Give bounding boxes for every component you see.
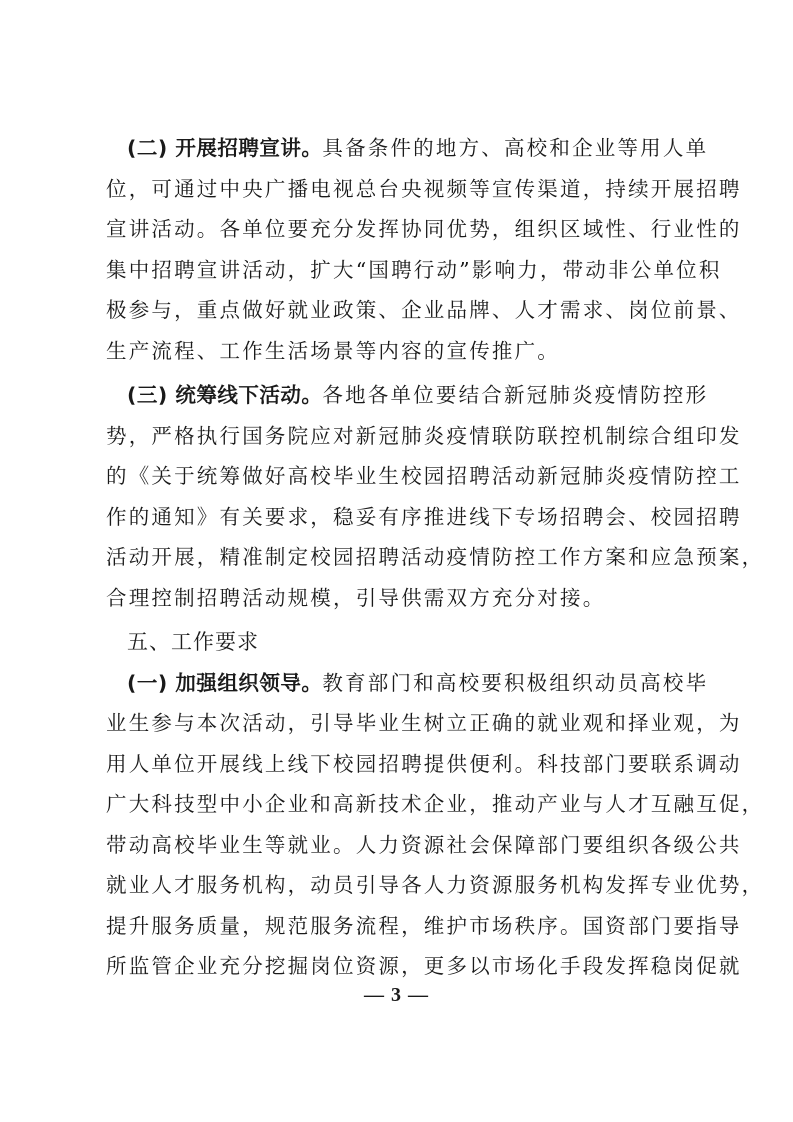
paragraph-offline-activities: (三) 统筹线下活动。各地各单位要结合新冠肺炎疫情防控形 势，严格执行国务院应对…	[106, 375, 691, 618]
text-line: 作的通知》有关要求，稳妥有序推进线下专场招聘会、校园招聘	[106, 497, 691, 538]
text-line: 活动开展，精准制定校园招聘活动疫情防控工作方案和应急预案，	[106, 537, 691, 578]
text-line: 势，严格执行国务院应对新冠肺炎疫情联防联控机制综合组印发	[106, 416, 691, 457]
section-heading: 五、工作要求	[106, 622, 691, 663]
text-line: 就业人才服务机构，动员引导各人力资源服务机构发挥专业优势，	[106, 865, 691, 906]
text-line: (一) 加强组织领导。教育部门和高校要积极组织动员高校毕	[106, 663, 691, 704]
text-line: 业生参与本次活动，引导毕业生树立正确的就业观和择业观，为	[106, 703, 691, 744]
text-line: 合理控制招聘活动规模，引导供需双方充分对接。	[106, 578, 691, 619]
text-line: 位，可通过中央广播电视总台央视频等宣传渠道，持续开展招聘	[106, 169, 691, 210]
text-line: (二) 开展招聘宣讲。具备条件的地方、高校和企业等用人单	[106, 128, 691, 169]
paragraph-lead: (三) 统筹线下活动。	[127, 383, 322, 407]
page-number: — 3 —	[0, 984, 793, 1007]
text-line: (三) 统筹线下活动。各地各单位要结合新冠肺炎疫情防控形	[106, 375, 691, 416]
document-page: (二) 开展招聘宣讲。具备条件的地方、高校和企业等用人单 位，可通过中央广播电视…	[106, 128, 691, 987]
paragraph-lead: (二) 开展招聘宣讲。	[127, 136, 322, 160]
text-line: 极参与，重点做好就业政策、企业品牌、人才需求、岗位前景、	[106, 290, 691, 331]
text-line: 生产流程、工作生活场景等内容的宣传推广。	[106, 331, 691, 372]
text-line: 集中招聘宣讲活动，扩大“国聘行动”影响力，带动非公单位积	[106, 250, 691, 291]
paragraph-lead: (一) 加强组织领导。	[127, 671, 322, 695]
text-line: 带动高校毕业生等就业。人力资源社会保障部门要组织各级公共	[106, 825, 691, 866]
paragraph-strengthen-leadership: (一) 加强组织领导。教育部门和高校要积极组织动员高校毕 业生参与本次活动，引导…	[106, 663, 691, 987]
text-line: 宣讲活动。各单位要充分发挥协同优势，组织区域性、行业性的	[106, 209, 691, 250]
text-line: 用人单位开展线上线下校园招聘提供便利。科技部门要联系调动	[106, 744, 691, 785]
text-line: 所监管企业充分挖掘岗位资源，更多以市场化手段发挥稳岗促就	[106, 946, 691, 987]
text-line: 提升服务质量，规范服务流程，维护市场秩序。国资部门要指导	[106, 906, 691, 947]
text-line: 广大科技型中小企业和高新技术企业，推动产业与人才互融互促，	[106, 784, 691, 825]
paragraph-recruitment-publicity: (二) 开展招聘宣讲。具备条件的地方、高校和企业等用人单 位，可通过中央广播电视…	[106, 128, 691, 371]
text-line: 的《关于统筹做好高校毕业生校园招聘活动新冠肺炎疫情防控工	[106, 456, 691, 497]
